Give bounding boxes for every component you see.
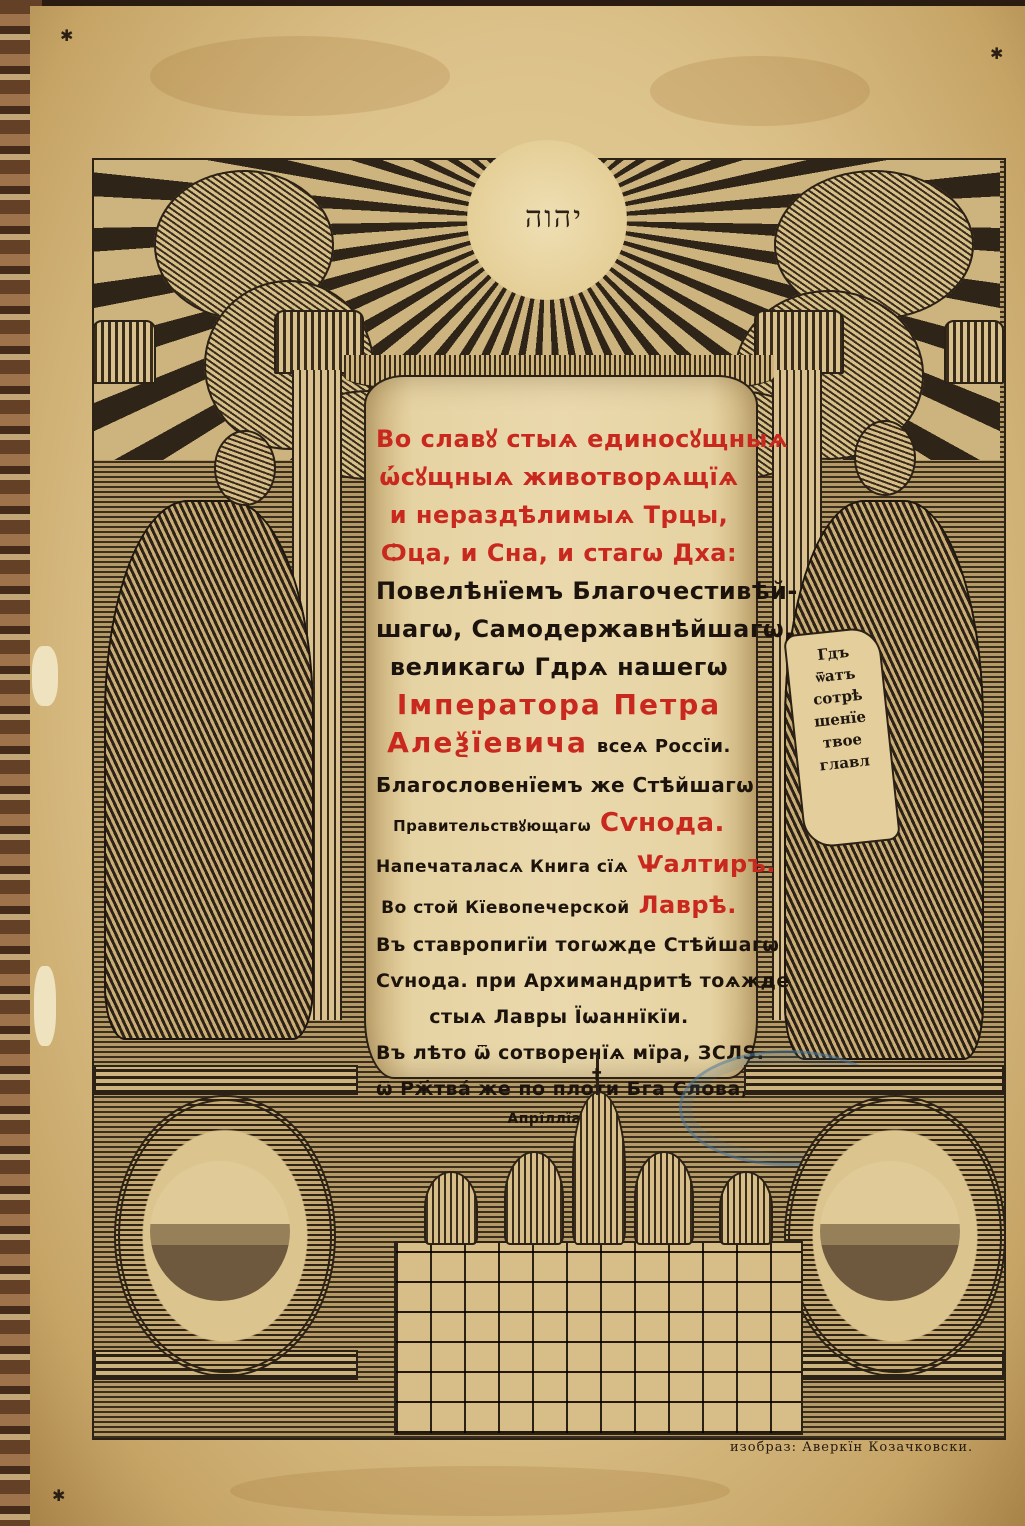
figure-king-david-left xyxy=(104,500,314,1040)
title-line: стыѧ Лавры Їѡаннїкїи. xyxy=(376,999,742,1035)
title-text-black: Во стой Кїевопечерской xyxy=(381,898,630,918)
cathedral-central-tower xyxy=(572,1091,626,1245)
cornice-right xyxy=(744,1065,1004,1095)
psalter-red: Ѱалтиръ. xyxy=(637,850,776,878)
asterisk-mark: ✱ xyxy=(60,26,73,45)
title-line: великагѡ Гдрѧ нашегѡ xyxy=(376,648,742,686)
title-line: Въ ставропигїи тогѡжде Стѣйшагѡ xyxy=(376,927,742,963)
patronymic-red: Алеѯїевича xyxy=(387,726,588,759)
title-line: Правительствꙋющагѡ Сѵнода. xyxy=(376,804,742,845)
water-stain xyxy=(150,36,450,116)
title-block: Во славꙋ стыѧ единосꙋщныѧ ѡ҆́сꙋщныѧ живо… xyxy=(376,420,742,1131)
medallion-right-angel-scene xyxy=(784,1095,1006,1377)
engraved-plate: יהוה Гдъ ѿатъ сотрѣ шенїе твое главл Во … xyxy=(92,158,1006,1440)
title-text-black: всеѧ Россїи. xyxy=(597,736,731,757)
asterisk-mark: ✱ xyxy=(52,1486,65,1505)
medallion-left-waterfall-scene xyxy=(114,1095,336,1377)
cathedral-dome xyxy=(719,1171,773,1245)
title-line: Напечаталасѧ Книга сїѧ Ѱалтиръ. xyxy=(376,845,742,886)
title-line: Ѻца, и Сна, и стагѡ Дха: xyxy=(376,534,742,572)
title-page: ✱ ✱ ✱ יהוה Гдъ ѿатъ сотрѣ шенїе твое гла… xyxy=(30,6,1025,1526)
corinthian-capital-far-left xyxy=(92,320,156,384)
cathedral-facade xyxy=(394,1241,803,1435)
title-line: и нераздѣлимыѧ Трцы, xyxy=(376,496,742,534)
paper-damage xyxy=(32,646,58,706)
cathedral-dome xyxy=(424,1171,478,1245)
figure-head-right xyxy=(854,420,916,496)
cathedral-dome xyxy=(634,1151,694,1245)
title-line: ѡ҆́сꙋщныѧ животворѧщїѧ xyxy=(376,458,742,496)
water-stain xyxy=(650,56,870,126)
title-line: Повелѣнїемъ Благочестивѣй- xyxy=(376,572,742,610)
corinthian-capital-far-right xyxy=(944,320,1004,384)
title-line: Благословенїемъ же Стѣйшагѡ xyxy=(376,766,742,804)
angel-scene xyxy=(820,1161,960,1301)
engraver-credit: изобраз: Аверкїн Козачковски. xyxy=(730,1440,973,1455)
title-text-black: Правительствꙋющагѡ xyxy=(393,817,591,835)
title-line: Во стой Кїевопечерской Лаврѣ. xyxy=(376,886,742,927)
asterisk-mark: ✱ xyxy=(990,44,1003,63)
cornice-left xyxy=(94,1065,358,1095)
emperor-name-line: Імператора Петра xyxy=(376,686,742,724)
title-line: Въ лѣто ѿ сотворенїѧ мїра, ЗСЛЅ. xyxy=(376,1035,742,1071)
paper-damage xyxy=(34,966,56,1046)
water-stain xyxy=(230,1466,730,1516)
lavra-red: Лаврѣ. xyxy=(639,891,737,919)
title-line: Сѵнода. при Архимандритѣ тоѧжде xyxy=(376,963,742,999)
kyiv-pechersk-lavra-cathedral: ✝ xyxy=(394,1120,799,1435)
cross-icon: ✝ xyxy=(590,1065,603,1084)
scroll-text-line: главл xyxy=(818,749,871,776)
cathedral-dome xyxy=(504,1151,564,1245)
title-line: Алеѯїевича всеѧ Россїи. xyxy=(376,724,742,766)
title-line: шагѡ, Самодержавнѣйшагѡ, xyxy=(376,610,742,648)
synod-red: Сѵнода. xyxy=(600,808,725,838)
title-text-black: Напечаталасѧ Книга сїѧ xyxy=(376,857,628,877)
title-line: Во славꙋ стыѧ единосꙋщныѧ xyxy=(376,420,742,458)
tetragrammaton-inscription: יהוה xyxy=(514,200,594,235)
figure-head-left xyxy=(214,430,276,506)
landscape-scene xyxy=(150,1161,290,1301)
